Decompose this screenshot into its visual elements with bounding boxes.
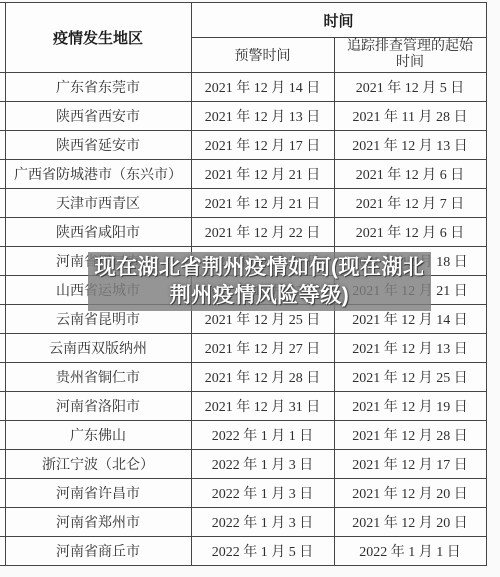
region-cell: 广东省东莞市 — [5, 73, 191, 102]
header-tracking-time: 追踪排查管理的起始时间 — [334, 38, 486, 73]
warning-date-cell: 2021 年 12 月 17 日 — [191, 131, 334, 160]
region-cell: 陕西省西安市 — [5, 102, 191, 131]
article-image: 疫情发生地区 时间 预警时间 追踪排查管理的起始时间 广东省东莞市 2021 年… — [0, 0, 500, 577]
region-cell: 河南省许昌市 — [5, 479, 191, 508]
tracking-date-cell: 2021 年 12 月 13 日 — [334, 334, 486, 363]
region-cell: 河南省商丘市 — [5, 537, 191, 566]
table-row: 广东省东莞市 2021 年 12 月 14 日 2021 年 12 月 5 日 — [0, 73, 486, 102]
region-cell: 天津市西青区 — [5, 189, 191, 218]
warning-date-cell: 2021 年 12 月 13 日 — [191, 102, 334, 131]
warning-date-cell: 2021 年 12 月 14 日 — [191, 73, 334, 102]
tracking-date-cell: 2022 年 1 月 1 日 — [334, 537, 486, 566]
warning-date-cell: 2021 年 12 月 31 日 — [191, 392, 334, 421]
region-cell: 广西省防城港市（东兴市） — [5, 160, 191, 189]
warning-date-cell: 2021 年 12 月 27 日 — [191, 334, 334, 363]
table-row: 广西省防城港市（东兴市） 2021 年 12 月 21 日 2021 年 12 … — [0, 160, 486, 189]
table-row: 陕西省西安市 2021 年 12 月 13 日 2021 年 11 月 28 日 — [0, 102, 486, 131]
region-cell: 贵州省铜仁市 — [5, 363, 191, 392]
tracking-date-cell: 2021 年 11 月 28 日 — [334, 102, 486, 131]
tracking-date-cell: 2021 年 12 月 19 日 — [334, 392, 486, 421]
warning-date-cell: 2022 年 1 月 5 日 — [191, 537, 334, 566]
tracking-date-cell: 2021 年 12 月 28 日 — [334, 421, 486, 450]
tracking-date-cell: 2021 年 12 月 20 日 — [334, 479, 486, 508]
warning-date-cell: 2022 年 1 月 3 日 — [191, 508, 334, 537]
title-line-2: 荆州疫情风险等级) — [10, 282, 500, 310]
warning-date-cell: 2021 年 12 月 22 日 — [191, 218, 334, 247]
header-region: 疫情发生地区 — [5, 3, 191, 73]
region-cell: 云南西双版纳州 — [5, 334, 191, 363]
region-cell: 广东佛山 — [5, 421, 191, 450]
region-cell: 河南省郑州市 — [5, 508, 191, 537]
tracking-date-cell: 2021 年 12 月 13 日 — [334, 131, 486, 160]
table-row: 陕西省咸阳市 2021 年 12 月 22 日 2021 年 12 月 6 日 — [0, 218, 486, 247]
tracking-date-cell: 2021 年 12 月 6 日 — [334, 218, 486, 247]
title-overlay: 现在湖北省荆州疫情如何(现在湖北 荆州疫情风险等级) — [88, 252, 431, 311]
region-cell: 陕西省咸阳市 — [5, 218, 191, 247]
tracking-date-cell: 2021 年 12 月 5 日 — [334, 73, 486, 102]
table-row: 云南西双版纳州 2021 年 12 月 27 日 2021 年 12 月 13 … — [0, 334, 486, 363]
warning-date-cell: 2021 年 12 月 21 日 — [191, 189, 334, 218]
table-row: 河南省洛阳市 2021 年 12 月 31 日 2021 年 12 月 19 日 — [0, 392, 486, 421]
warning-date-cell: 2021 年 12 月 21 日 — [191, 160, 334, 189]
table-row: 河南省郑州市 2022 年 1 月 3 日 2021 年 12 月 20 日 — [0, 508, 486, 537]
tracking-date-cell: 2021 年 12 月 20 日 — [334, 508, 486, 537]
tracking-date-cell: 2021 年 12 月 25 日 — [334, 363, 486, 392]
table-row: 陕西省延安市 2021 年 12 月 17 日 2021 年 12 月 13 日 — [0, 131, 486, 160]
table-row: 贵州省铜仁市 2021 年 12 月 28 日 2021 年 12 月 25 日 — [0, 363, 486, 392]
header-time-group: 时间 — [191, 3, 486, 38]
region-cell: 浙江宁波（北仑） — [5, 450, 191, 479]
tracking-date-cell: 2021 年 12 月 7 日 — [334, 189, 486, 218]
table-body: 广东省东莞市 2021 年 12 月 14 日 2021 年 12 月 5 日 … — [0, 73, 486, 566]
warning-date-cell: 2021 年 12 月 28 日 — [191, 363, 334, 392]
region-cell: 陕西省延安市 — [5, 131, 191, 160]
header-warning-time: 预警时间 — [191, 38, 334, 73]
title-line-1: 现在湖北省荆州疫情如何(现在湖北 — [10, 254, 500, 282]
header-row-1: 疫情发生地区 时间 — [0, 3, 486, 38]
tracking-date-cell: 2021 年 12 月 17 日 — [334, 450, 486, 479]
table-row: 天津市西青区 2021 年 12 月 21 日 2021 年 12 月 7 日 — [0, 189, 486, 218]
table-row: 浙江宁波（北仑） 2022 年 1 月 3 日 2021 年 12 月 17 日 — [0, 450, 486, 479]
tracking-date-cell: 2021 年 12 月 6 日 — [334, 160, 486, 189]
warning-date-cell: 2022 年 1 月 1 日 — [191, 421, 334, 450]
region-cell: 河南省洛阳市 — [5, 392, 191, 421]
warning-date-cell: 2022 年 1 月 3 日 — [191, 450, 334, 479]
warning-date-cell: 2022 年 1 月 3 日 — [191, 479, 334, 508]
table-row: 河南省商丘市 2022 年 1 月 5 日 2022 年 1 月 1 日 — [0, 537, 486, 566]
table-row: 河南省许昌市 2022 年 1 月 3 日 2021 年 12 月 20 日 — [0, 479, 486, 508]
table-row: 广东佛山 2022 年 1 月 1 日 2021 年 12 月 28 日 — [0, 421, 486, 450]
